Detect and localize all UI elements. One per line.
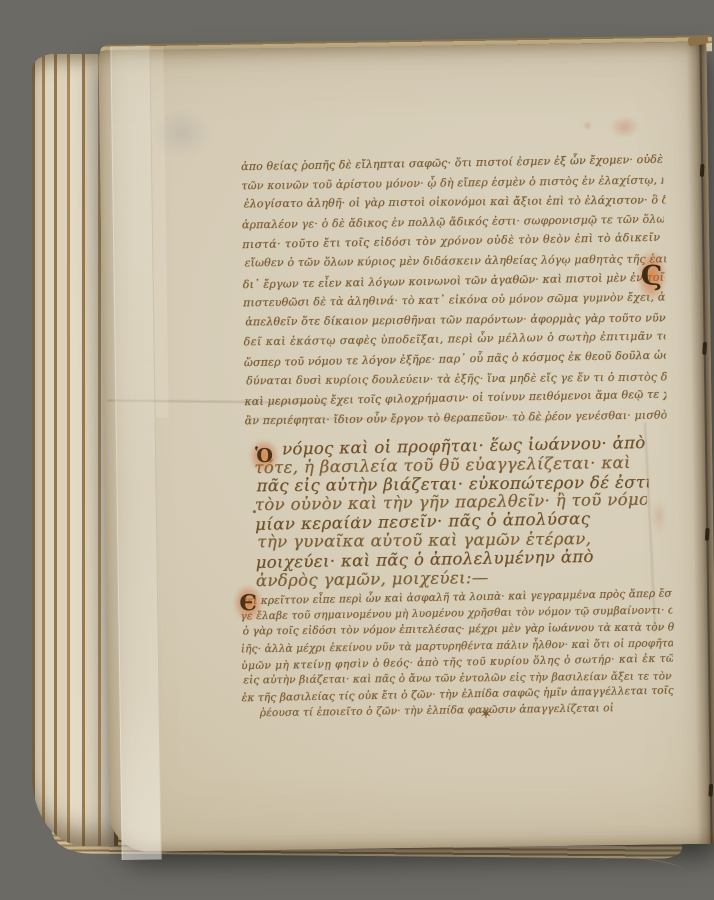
- binding-stitch: [700, 164, 705, 177]
- manuscript-photo: ἀπο θείας ῥοπῆς δὲ εἴληπται σαφῶς· ὅτι π…: [0, 0, 714, 900]
- commentary-initial-epsilon: Є: [238, 589, 258, 617]
- lower-commentary-block: πεὶ κρεῖττον εἶπε περὶ ὧν καὶ ἀσφαλῆ τὰ …: [240, 586, 674, 724]
- binding-stitch: [708, 784, 713, 797]
- manuscript-text-line: πᾶς εἰς αὐτὴν βιάζεται· εὐκοπώτερον δέ ἐ…: [256, 473, 648, 496]
- quote-initial-omicron: Ὁ: [254, 444, 274, 468]
- upper-commentary-block: ἀπο θείας ῥοπῆς δὲ εἴληπται σαφῶς· ὅτι π…: [241, 150, 667, 432]
- stray-fiber: [597, 854, 684, 880]
- gospel-quote-block: νόμος καὶ οἱ προφῆται· ἕως ἰωάννου· ἀπὸτ…: [254, 435, 648, 592]
- red-margin-stain: [649, 494, 670, 538]
- parchment-page: ἀπο θείας ῥοπῆς δὲ εἴληπται σαφῶς· ὅτι π…: [98, 42, 714, 852]
- manuscript-text-line: ἀπελθεῖν ὅτε δίκαιον μερισθῆναι τῶν παρό…: [245, 308, 667, 332]
- binding-stitch: [705, 528, 710, 541]
- binding-stitch: [702, 342, 707, 355]
- asterisk-mark: ✶: [480, 705, 493, 723]
- margin-rubric-ornament: Ϛ: [641, 254, 662, 296]
- red-pigment-stain-small: [581, 119, 593, 131]
- red-pigment-stain: [605, 113, 643, 142]
